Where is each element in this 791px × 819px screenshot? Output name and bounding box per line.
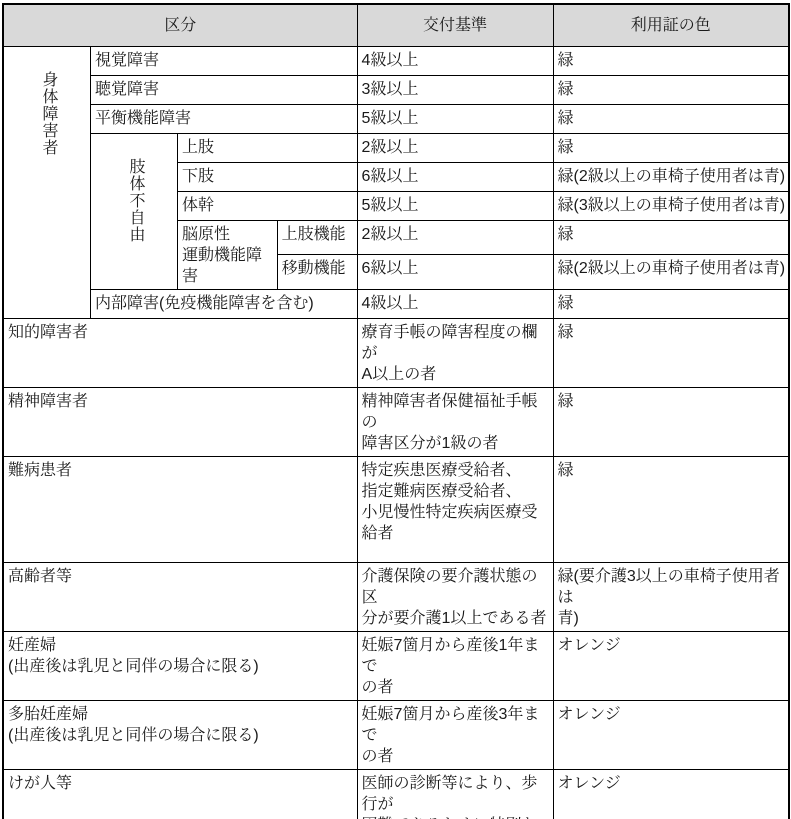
group-physical-disability-cell: 身体障害者 xyxy=(3,46,91,318)
row-internal-criteria: 4級以上 xyxy=(357,289,553,318)
table-row: 難病患者 特定疾患医療受給者、 指定難病医療受給者、 小児慢性特定疾病医療受給者… xyxy=(3,456,789,562)
row-elderly-color: 緑(要介護3以上の車椅子使用者は 青) xyxy=(553,562,789,631)
table-row: 聴覚障害 3級以上 緑 xyxy=(3,75,789,104)
row-multiple-pregnancy-color: オレンジ xyxy=(553,700,789,769)
row-expectant-mother-criteria: 妊娠7箇月から産後1年まで の者 xyxy=(357,631,553,700)
row-visual-criteria: 4級以上 xyxy=(357,46,553,75)
row-balance-label: 平衡機能障害 xyxy=(91,104,358,133)
group-limb-disability-label: 肢体不自由 xyxy=(127,158,143,243)
row-visual-label: 視覚障害 xyxy=(91,46,358,75)
row-expectant-mother-color: オレンジ xyxy=(553,631,789,700)
row-intellectual-label: 知的障害者 xyxy=(3,318,357,387)
row-trunk-color: 緑(3級以上の車椅子使用者は青) xyxy=(553,191,789,220)
table-row: 平衡機能障害 5級以上 緑 xyxy=(3,104,789,133)
group-limb-disability-cell: 肢体不自由 xyxy=(91,133,178,289)
row-upper-limb-criteria: 2級以上 xyxy=(357,133,553,162)
table-row: 知的障害者 療育手帳の障害程度の欄が A以上の者 緑 xyxy=(3,318,789,387)
row-mental-criteria: 精神障害者保健福祉手帳の 障害区分が1級の者 xyxy=(357,387,553,456)
row-lower-limb-criteria: 6級以上 xyxy=(357,162,553,191)
row-intellectual-criteria: 療育手帳の障害程度の欄が A以上の者 xyxy=(357,318,553,387)
row-elderly-label: 高齢者等 xyxy=(3,562,357,631)
table-row: 精神障害者 精神障害者保健福祉手帳の 障害区分が1級の者 緑 xyxy=(3,387,789,456)
row-trunk-criteria: 5級以上 xyxy=(357,191,553,220)
table-row: けが人等 医師の診断等により、歩行が 困難であるために特別な配 慮が必要であると… xyxy=(3,769,789,819)
row-visual-color: 緑 xyxy=(553,46,789,75)
row-expectant-mother-label: 妊産婦 (出産後は乳児と同伴の場合に限る) xyxy=(3,631,357,700)
table-header-row: 区分 交付基準 利用証の色 xyxy=(3,4,789,46)
row-balance-color: 緑 xyxy=(553,104,789,133)
row-upper-limb-function-criteria: 2級以上 xyxy=(357,220,553,255)
row-mental-label: 精神障害者 xyxy=(3,387,357,456)
row-injured-criteria: 医師の診断等により、歩行が 困難であるために特別な配 慮が必要であると認められ … xyxy=(357,769,553,819)
row-injured-color: オレンジ xyxy=(553,769,789,819)
group-physical-disability-label: 身体障害者 xyxy=(40,71,56,156)
row-trunk-label: 体幹 xyxy=(178,191,358,220)
parking-permit-criteria-table: 区分 交付基準 利用証の色 身体障害者 視覚障害 4級以上 緑 聴覚障害 3級以… xyxy=(2,3,790,819)
row-upper-limb-label: 上肢 xyxy=(178,133,358,162)
table-row: 高齢者等 介護保険の要介護状態の区 分が要介護1以上である者 緑(要介護3以上の… xyxy=(3,562,789,631)
row-hearing-color: 緑 xyxy=(553,75,789,104)
row-lower-limb-label: 下肢 xyxy=(178,162,358,191)
row-mobility-function-label: 移動機能 xyxy=(277,255,357,290)
row-upper-limb-color: 緑 xyxy=(553,133,789,162)
row-mobility-function-criteria: 6級以上 xyxy=(357,255,553,290)
group-cerebral-motor-cell: 脳原性 運動機能障害 xyxy=(178,220,278,289)
row-multiple-pregnancy-criteria: 妊娠7箇月から産後3年まで の者 xyxy=(357,700,553,769)
row-internal-label: 内部障害(免疫機能障害を含む) xyxy=(91,289,358,318)
row-upper-limb-function-label: 上肢機能 xyxy=(277,220,357,255)
table-row: 多胎妊産婦 (出産後は乳児と同伴の場合に限る) 妊娠7箇月から産後3年まで の者… xyxy=(3,700,789,769)
header-criteria: 交付基準 xyxy=(357,4,553,46)
row-injured-label: けが人等 xyxy=(3,769,357,819)
row-upper-limb-function-color: 緑 xyxy=(553,220,789,255)
row-hearing-label: 聴覚障害 xyxy=(91,75,358,104)
row-elderly-criteria: 介護保険の要介護状態の区 分が要介護1以上である者 xyxy=(357,562,553,631)
row-intellectual-color: 緑 xyxy=(553,318,789,387)
header-color: 利用証の色 xyxy=(553,4,789,46)
row-hearing-criteria: 3級以上 xyxy=(357,75,553,104)
row-multiple-pregnancy-label: 多胎妊産婦 (出産後は乳児と同伴の場合に限る) xyxy=(3,700,357,769)
row-intractable-disease-label: 難病患者 xyxy=(3,456,357,562)
row-mobility-function-color: 緑(2級以上の車椅子使用者は青) xyxy=(553,255,789,290)
row-internal-color: 緑 xyxy=(553,289,789,318)
table-row: 妊産婦 (出産後は乳児と同伴の場合に限る) 妊娠7箇月から産後1年まで の者 オ… xyxy=(3,631,789,700)
table-row: 肢体不自由 上肢 2級以上 緑 xyxy=(3,133,789,162)
row-lower-limb-color: 緑(2級以上の車椅子使用者は青) xyxy=(553,162,789,191)
table-row: 身体障害者 視覚障害 4級以上 緑 xyxy=(3,46,789,75)
row-intractable-disease-color: 緑 xyxy=(553,456,789,562)
row-intractable-disease-criteria: 特定疾患医療受給者、 指定難病医療受給者、 小児慢性特定疾病医療受給者 xyxy=(357,456,553,562)
row-balance-criteria: 5級以上 xyxy=(357,104,553,133)
row-mental-color: 緑 xyxy=(553,387,789,456)
table-row: 内部障害(免疫機能障害を含む) 4級以上 緑 xyxy=(3,289,789,318)
header-category: 区分 xyxy=(3,4,357,46)
